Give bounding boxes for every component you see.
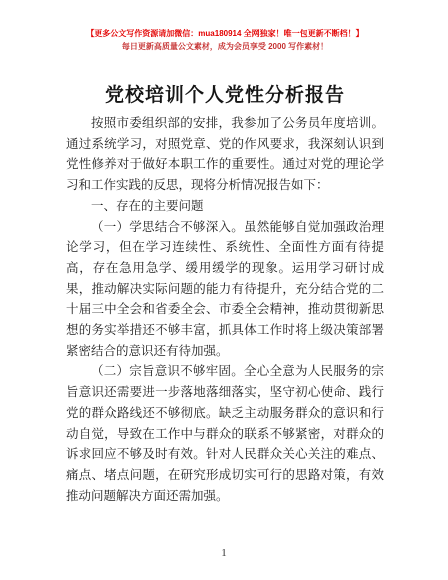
ad-banner-line2: 每日更新高质量公文素材，成为会员享受 2000 写作素材！ xyxy=(48,40,402,53)
paragraph-problem-2: （二）宗旨意识不够牢固。全心全意为人民服务的宗旨意识还需要进一步落地落细落实，坚… xyxy=(66,361,384,506)
document-page: 【更多公文写作资源请加微信：mua180914 全网独家！唯一包更新不断档！】 … xyxy=(0,0,448,580)
document-title: 党校培训个人党性分析报告 xyxy=(66,83,384,107)
paragraph-problem-1: （一）学思结合不够深入。虽然能够自觉加强政治理论学习，但在学习连续性、系统性、全… xyxy=(66,217,384,362)
page-number: 1 xyxy=(0,547,448,559)
document-body: 按照市委组织部的安排，我参加了公务员年度培训。通过系统学习，对照党章、党的作风要… xyxy=(66,113,384,506)
ad-banner-line1: 【更多公文写作资源请加微信：mua180914 全网独家！唯一包更新不断档！】 xyxy=(48,27,402,40)
ad-banner: 【更多公文写作资源请加微信：mua180914 全网独家！唯一包更新不断档！】 … xyxy=(48,27,402,53)
section-heading-main-problems: 一、存在的主要问题 xyxy=(66,196,384,217)
paragraph-intro: 按照市委组织部的安排，我参加了公务员年度培训。通过系统学习，对照党章、党的作风要… xyxy=(66,113,384,196)
